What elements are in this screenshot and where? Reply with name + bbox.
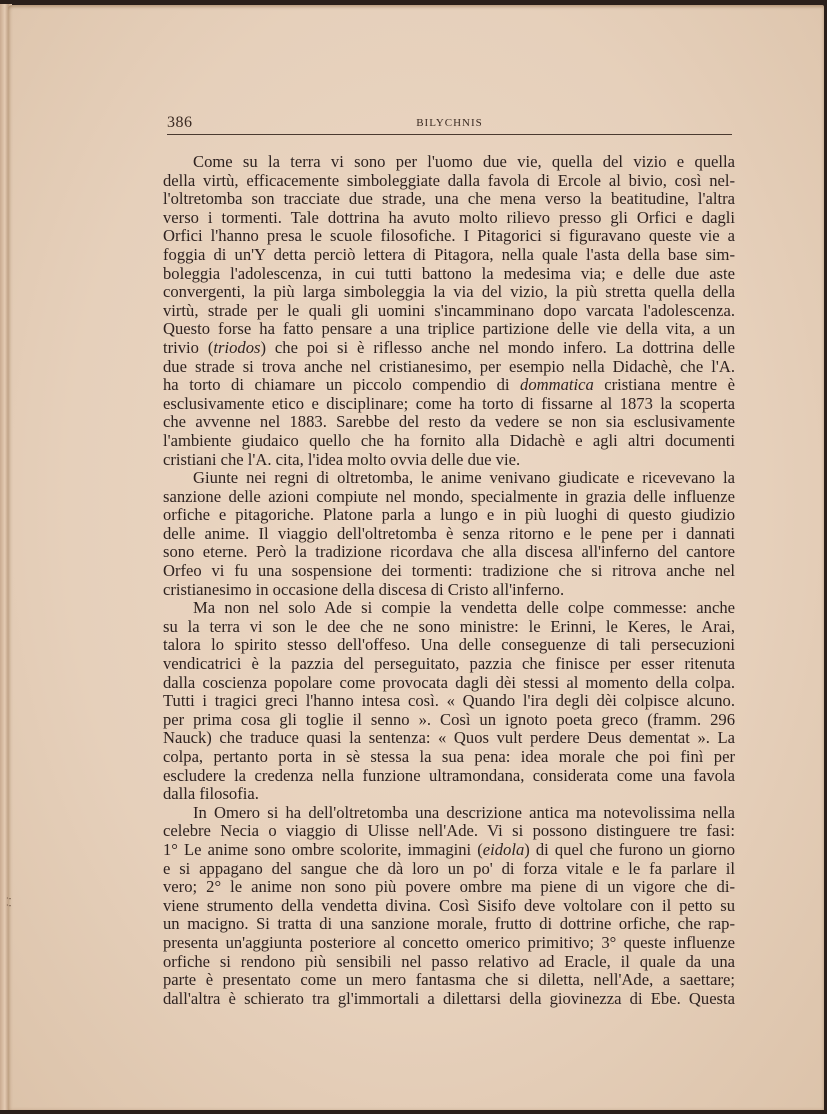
text-line: esclusivamente etico e disciplinare; com… [163,395,735,414]
page-header: 386 BILYCHNIS [167,114,732,134]
text-line: sanzione delle azioni compiute nel mondo… [163,488,735,507]
text-line: Nauck) che traduce quasi la sentenza: « … [163,729,735,748]
body-text: Come su la terra vi sono per l'uomo due … [163,153,735,1008]
text-line: 1° Le anime sono ombre scolorite, immagi… [163,841,735,860]
header-rule [167,134,732,135]
text-line: Ma non nel solo Ade si compie la vendett… [163,599,735,618]
text-line: Come su la terra vi sono per l'uomo due … [163,153,735,172]
text-line: su la terra vi son le dee che ne sono mi… [163,618,735,637]
text-line: sono eterne. Però la tradizione ricordav… [163,543,735,562]
italic-term: dommatica [520,375,594,394]
text-line: dall'altra è schierato tra gl'immortali … [163,990,735,1009]
text-line: che avvenne nel 1883. Sarebbe del resto … [163,413,735,432]
text-line: trivio (triodos) che poi si è riflesso a… [163,339,735,358]
running-title: BILYCHNIS [167,117,732,129]
text-line: dalla filosofia. [163,785,735,804]
text-line: Orfici l'hanno presa le scuole filosofic… [163,227,735,246]
text-line: boleggia l'adolescenza, in cui tutti bat… [163,265,735,284]
text-line: verso i tormenti. Tale dottrina ha avuto… [163,209,735,228]
text-line: parte è presentato come un mero fantasma… [163,971,735,990]
text-line: virtù, strade per le quali gli uomini s'… [163,302,735,321]
text-line: dalla coscienza popolare come provocata … [163,674,735,693]
text-line: due strade si trova anche nel cristianes… [163,358,735,377]
italic-term: eidola [483,840,524,859]
text-line: per prima cosa gli toglie il senno ». Co… [163,711,735,730]
text-line: presenta un'aggiunta posteriore al conce… [163,934,735,953]
text-line: escludere la credenza nella funzione ult… [163,767,735,786]
text-line: talora lo spirito stesso dell'offeso. Un… [163,636,735,655]
text-line: cristianesimo in occasione della discesa… [163,581,735,600]
text-line: delle anime. Il viaggio dell'oltretomba … [163,525,735,544]
text-line: foggia di un'Y detta perciò lettera di P… [163,246,735,265]
text-line: viene strumento della vendetta divina. C… [163,897,735,916]
text-line: Giunte nei regni di oltretomba, le anime… [163,469,735,488]
text-line: vendicatrici è la pazzia del perseguitat… [163,655,735,674]
text-line: cristiani che l'A. cita, l'idea molto ov… [163,451,735,470]
text-line: orfiche e pitagoriche. Platone parla a l… [163,506,735,525]
text-line: della virtù, efficacemente simboleggiate… [163,172,735,191]
text-line: l'oltretomba son tracciate due strade, u… [163,190,735,209]
italic-term: triodos [213,338,260,357]
text-line: Orfeo vi fu una sospensione dei tormenti… [163,562,735,581]
text-line: colpa, pertanto porta in sè stessa la su… [163,748,735,767]
margin-marks: ·-·- [6,895,20,915]
text-line: In Omero si ha dell'oltretomba una descr… [163,804,735,823]
text-line: un macigno. Si tratta di una sanzione mo… [163,915,735,934]
text-line: Questo forse ha fatto pensare a una trip… [163,320,735,339]
text-line: orfiche si rendono più sensibili nel pas… [163,953,735,972]
text-line: celebre Necia o viaggio di Ulisse nell'A… [163,822,735,841]
text-line: vero; 2° le anime non sono più povere om… [163,878,735,897]
text-line: Tutti i tragici greci l'hanno intesa cos… [163,692,735,711]
text-line: ha torto di chiamare un piccolo compendi… [163,376,735,395]
text-line: convergenti, la più larga simboleggia la… [163,283,735,302]
text-line: l'ambiente giudaico quello che ha fornit… [163,432,735,451]
text-line: e si appagano del sangue che dà loro un … [163,860,735,879]
